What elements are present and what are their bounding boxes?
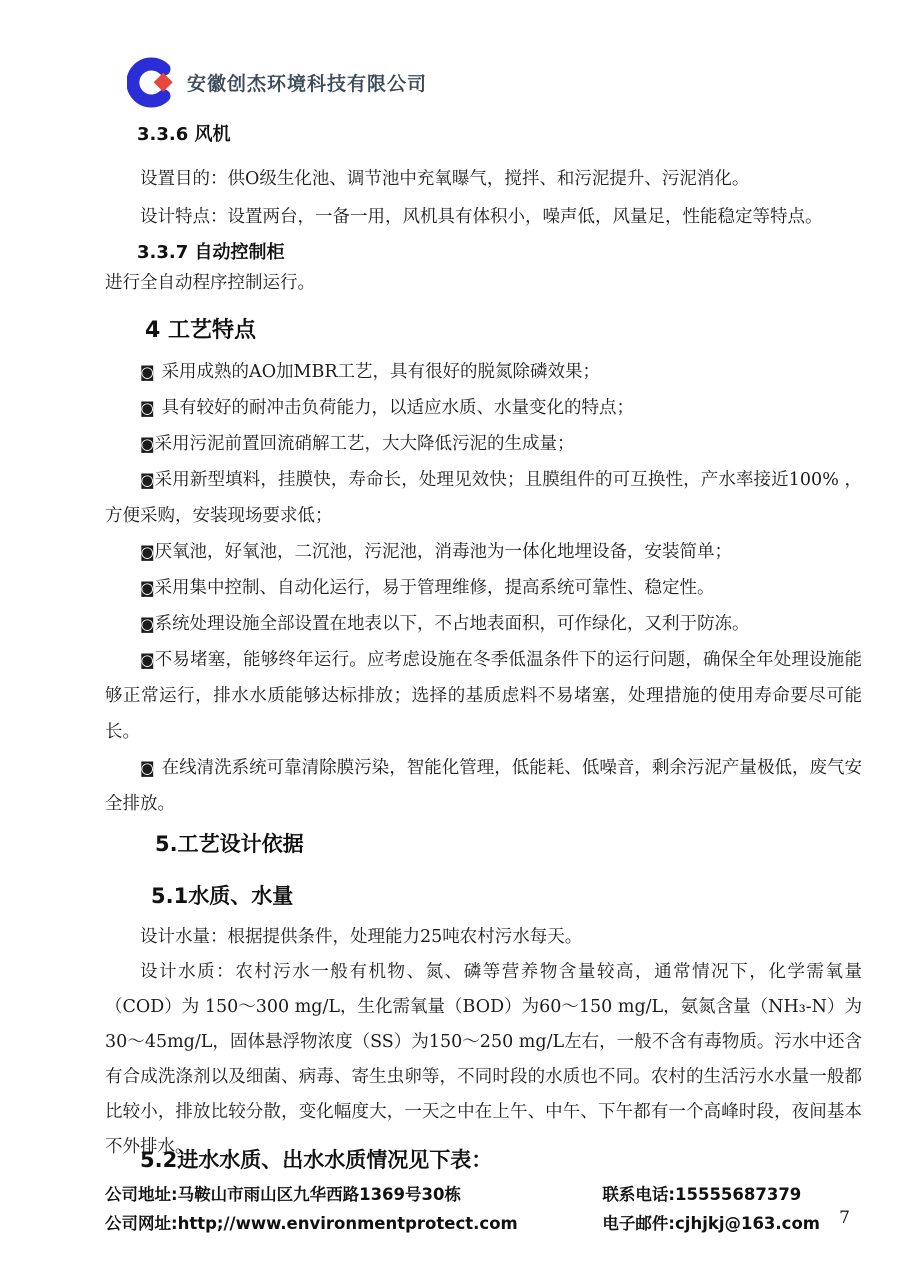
square-bullet-icon: ◙ <box>140 615 155 633</box>
footer-right-column: 联系电话:15555687379 电子邮件:cjhjkj@163.com <box>602 1180 820 1238</box>
bullet-text: 采用集中控制、自动化运行，易于管理维修，提高系统可靠性、稳定性。 <box>155 578 715 598</box>
paragraph-auto-control: 进行全自动程序控制运行。 <box>105 266 862 300</box>
footer-contact-phone: 联系电话:15555687379 <box>602 1180 820 1209</box>
bullet-item: ◙采用成熟的AO加MBR工艺，具有很好的脱氮除磷效果； <box>105 354 862 390</box>
paragraph-fan-purpose: 设置目的：供O级生化池、调节池中充氧曝气，搅拌、和污泥提升、污泥消化。 <box>105 160 862 198</box>
square-bullet-icon: ◙ <box>140 543 155 561</box>
bullet-item: ◙采用集中控制、自动化运行，易于管理维修，提高系统可靠性、稳定性。 <box>105 570 862 606</box>
paragraph-design-quality: 设计水质：农村污水一般有机物、氮、磷等营养物含量较高，通常情况下，化学需氧量（C… <box>105 955 862 1165</box>
square-bullet-icon: ◙ <box>140 435 155 453</box>
bullet-text: 在线清洗系统可靠清除膜污染，智能化管理，低能耗、低噪音，剩余污泥产量极低，废气安… <box>105 758 862 814</box>
company-header: 安徽创杰环境科技有限公司 <box>127 56 862 108</box>
bullet-text: 采用成熟的AO加MBR工艺，具有很好的脱氮除磷效果； <box>162 362 600 382</box>
bullet-item: ◙在线清洗系统可靠清除膜污染，智能化管理，低能耗、低噪音，剩余污泥产量极低，废气… <box>105 750 862 822</box>
footer-left-column: 公司地址:马鞍山市雨山区九华西路1369号30栋 公司网址:http;//www… <box>105 1180 518 1238</box>
bullet-item: ◙厌氧池，好氧池，二沉池，污泥池，消毒池为一体化地埋设备，安装简单； <box>105 534 862 570</box>
heading-5-1-water-quality: 5.1水质、水量 <box>151 882 862 910</box>
bullet-text: 采用新型填料，挂膜快，寿命长，处理见效快；且膜组件的可互换性，产水率接近100%… <box>105 470 862 526</box>
square-bullet-icon: ◙ <box>140 399 155 417</box>
square-bullet-icon: ◙ <box>140 363 155 381</box>
footer-company-website: 公司网址:http;//www.environmentprotect.com <box>105 1209 518 1238</box>
page-number: 7 <box>839 1208 850 1228</box>
paragraph-fan-features: 设计特点：设置两台，一备一用，风机具有体积小，噪声低，风量足，性能稳定等特点。 <box>105 198 862 236</box>
square-bullet-icon: ◙ <box>140 651 155 669</box>
bullet-text: 系统处理设施全部设置在地表以下，不占地表面积，可作绿化，又利于防冻。 <box>155 614 750 634</box>
bullet-text: 厌氧池，好氧池，二沉池，污泥池，消毒池为一体化地埋设备，安装简单； <box>155 542 733 562</box>
bullet-text: 具有较好的耐冲击负荷能力，以适应水质、水量变化的特点； <box>162 398 635 418</box>
square-bullet-icon: ◙ <box>140 579 155 597</box>
heading-5-design-basis: 5.工艺设计依据 <box>155 830 862 858</box>
footer-company-address: 公司地址:马鞍山市雨山区九华西路1369号30栋 <box>105 1180 518 1209</box>
heading-3-3-6: 3.3.6 风机 <box>137 122 862 148</box>
heading-3-3-7: 3.3.7 自动控制柜 <box>137 240 862 266</box>
bullet-item: ◙系统处理设施全部设置在地表以下，不占地表面积，可作绿化，又利于防冻。 <box>105 606 862 642</box>
document-page: 安徽创杰环境科技有限公司 3.3.6 风机 设置目的：供O级生化池、调节池中充氧… <box>0 0 900 1274</box>
heading-4-process-features: 4 工艺特点 <box>145 316 862 346</box>
page-content: 安徽创杰环境科技有限公司 3.3.6 风机 设置目的：供O级生化池、调节池中充氧… <box>0 0 900 1165</box>
company-name: 安徽创杰环境科技有限公司 <box>187 69 427 96</box>
bullet-item: ◙具有较好的耐冲击负荷能力，以适应水质、水量变化的特点； <box>105 390 862 426</box>
heading-5-2-water-table: 5.2进水水质、出水水质情况见下表： <box>140 1144 492 1174</box>
bullet-item: ◙采用新型填料，挂膜快，寿命长，处理见效快；且膜组件的可互换性，产水率接近100… <box>105 462 862 534</box>
bullet-text: 采用污泥前置回流硝解工艺，大大降低污泥的生成量； <box>155 434 575 454</box>
footer-contact-email: 电子邮件:cjhjkj@163.com <box>602 1209 820 1238</box>
square-bullet-icon: ◙ <box>140 759 155 777</box>
company-logo-icon <box>127 56 177 108</box>
process-features-list: ◙采用成熟的AO加MBR工艺，具有很好的脱氮除磷效果； ◙具有较好的耐冲击负荷能… <box>105 354 862 822</box>
bullet-item: ◙不易堵塞，能够终年运行。应考虑设施在冬季低温条件下的运行问题，确保全年处理设施… <box>105 642 862 750</box>
paragraph-design-volume: 设计水量：根据提供条件，处理能力25吨农村污水每天。 <box>105 920 862 955</box>
bullet-text: 不易堵塞，能够终年运行。应考虑设施在冬季低温条件下的运行问题，确保全年处理设施能… <box>105 650 862 742</box>
logo-diamond-shape <box>154 73 173 92</box>
square-bullet-icon: ◙ <box>140 471 155 489</box>
page-footer: 公司地址:马鞍山市雨山区九华西路1369号30栋 公司网址:http;//www… <box>105 1180 860 1238</box>
bullet-item: ◙采用污泥前置回流硝解工艺，大大降低污泥的生成量； <box>105 426 862 462</box>
